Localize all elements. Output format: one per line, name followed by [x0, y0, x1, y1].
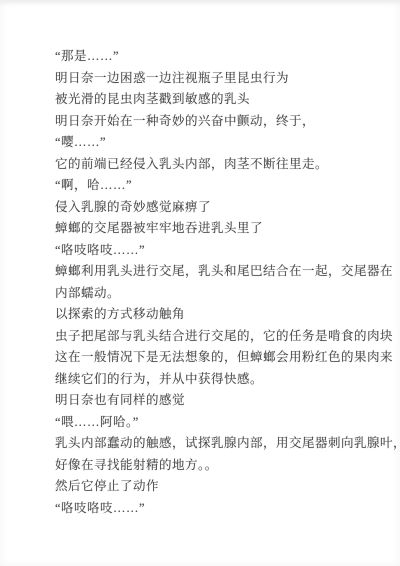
text-line: 蟑螂的交尾器被牢牢地吞进乳头里了: [55, 218, 347, 240]
text-line: “啊，哈……”: [55, 175, 347, 197]
text-line: 继续它们的行为，并从中获得快感。: [55, 369, 347, 391]
text-line: “咯吱咯吱……”: [55, 240, 347, 262]
text-line: 蟑螂利用乳头进行交尾，乳头和尾巴结合在一起，交尾器在: [55, 261, 347, 283]
text-line: “那是……”: [55, 46, 347, 68]
text-line: 被光滑的昆虫肉茎戳到敏感的乳头: [55, 89, 347, 111]
text-line: “嘤……”: [55, 132, 347, 154]
text-line: 内部蠕动。: [55, 283, 347, 305]
text-line: “喂……阿哈。”: [55, 412, 347, 434]
text-line: 虫子把尾部与乳头结合进行交尾的，它的任务是啃食的肉块: [55, 326, 347, 348]
text-line: 这在一般情况下是无法想象的，但蟑螂会用粉红色的果肉来: [55, 347, 347, 369]
text-line: 明日奈也有同样的感觉: [55, 390, 347, 412]
text-line: 好像在寻找能射精的地方。。: [55, 455, 347, 477]
novel-page: “那是……” 明日奈一边困惑一边注视瓶子里昆虫行为 被光滑的昆虫肉茎戳到敏感的乳…: [0, 0, 400, 566]
text-line: 侵入乳腺的奇妙感觉麻痹了: [55, 197, 347, 219]
text-line: 乳头内部蠢动的触感，试探乳腺内部，用交尾器刺向乳腺叶，: [55, 433, 347, 455]
text-line: 它的前端已经侵入乳头内部，肉茎不断往里走。: [55, 154, 347, 176]
text-line: “咯吱咯吱……”: [55, 498, 347, 520]
text-line: 然后它停止了动作: [55, 476, 347, 498]
novel-text-block: “那是……” 明日奈一边困惑一边注视瓶子里昆虫行为 被光滑的昆虫肉茎戳到敏感的乳…: [55, 46, 347, 519]
text-line: 明日奈一边困惑一边注视瓶子里昆虫行为: [55, 68, 347, 90]
text-line: 明日奈开始在一种奇妙的兴奋中颤动，终于，: [55, 111, 347, 133]
text-line: 以探索的方式移动触角: [55, 304, 347, 326]
